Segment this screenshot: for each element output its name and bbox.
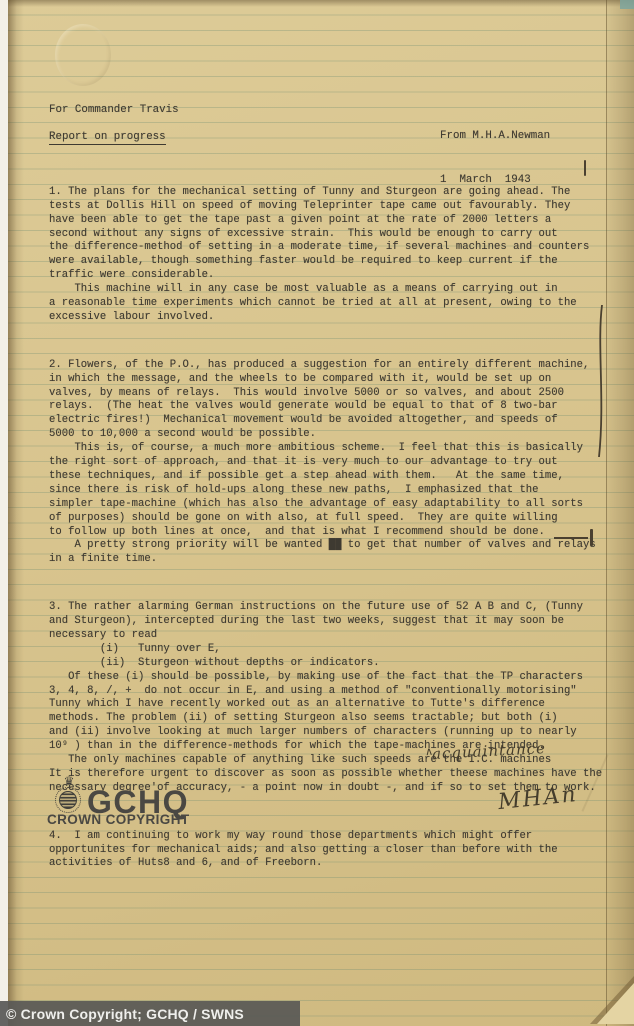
scan-corner-artifact [620,0,634,9]
recipient-line: For Commander Travis [49,104,179,116]
corner-fold [597,983,634,1024]
scan-left-margin [0,0,8,1026]
embossed-seal [55,24,111,86]
document-scan: For Commander Travis From M.H.A.Newman 1… [0,0,634,1026]
margin-pen-line-para3 [554,537,588,539]
page-left-crease [8,0,24,1026]
crown-copyright-label: CROWN COPYRIGHT [47,812,190,827]
laurel-ring-icon [55,787,81,813]
globe-icon [59,791,77,809]
photo-credit-bar: © Crown Copyright; GCHQ / SWNS [0,1001,300,1026]
sender-line: From M.H.A.Newman [440,129,550,144]
page-top-shadow [8,0,634,7]
report-title: Report on progress [49,131,166,145]
margin-pen-mark-para2 [596,305,606,457]
page-right-edge [606,0,634,1026]
photo-credit-text: © Crown Copyright; GCHQ / SWNS [6,1006,244,1022]
margin-pen-mark-para1 [584,160,586,176]
crown-icon: ♛ [64,775,75,787]
paragraph-1: 1. The plans for the mechanical setting … [49,186,609,325]
paragraph-2: 2. Flowers, of the P.O., has produced a … [49,359,609,568]
paragraph-4: 4. I am continuing to work my way round … [49,830,609,872]
paragraph-3: 3. The rather alarming German instructio… [49,601,609,796]
gchq-crest-icon: ♛ [54,779,84,815]
margin-pen-bar-para3 [590,529,593,546]
